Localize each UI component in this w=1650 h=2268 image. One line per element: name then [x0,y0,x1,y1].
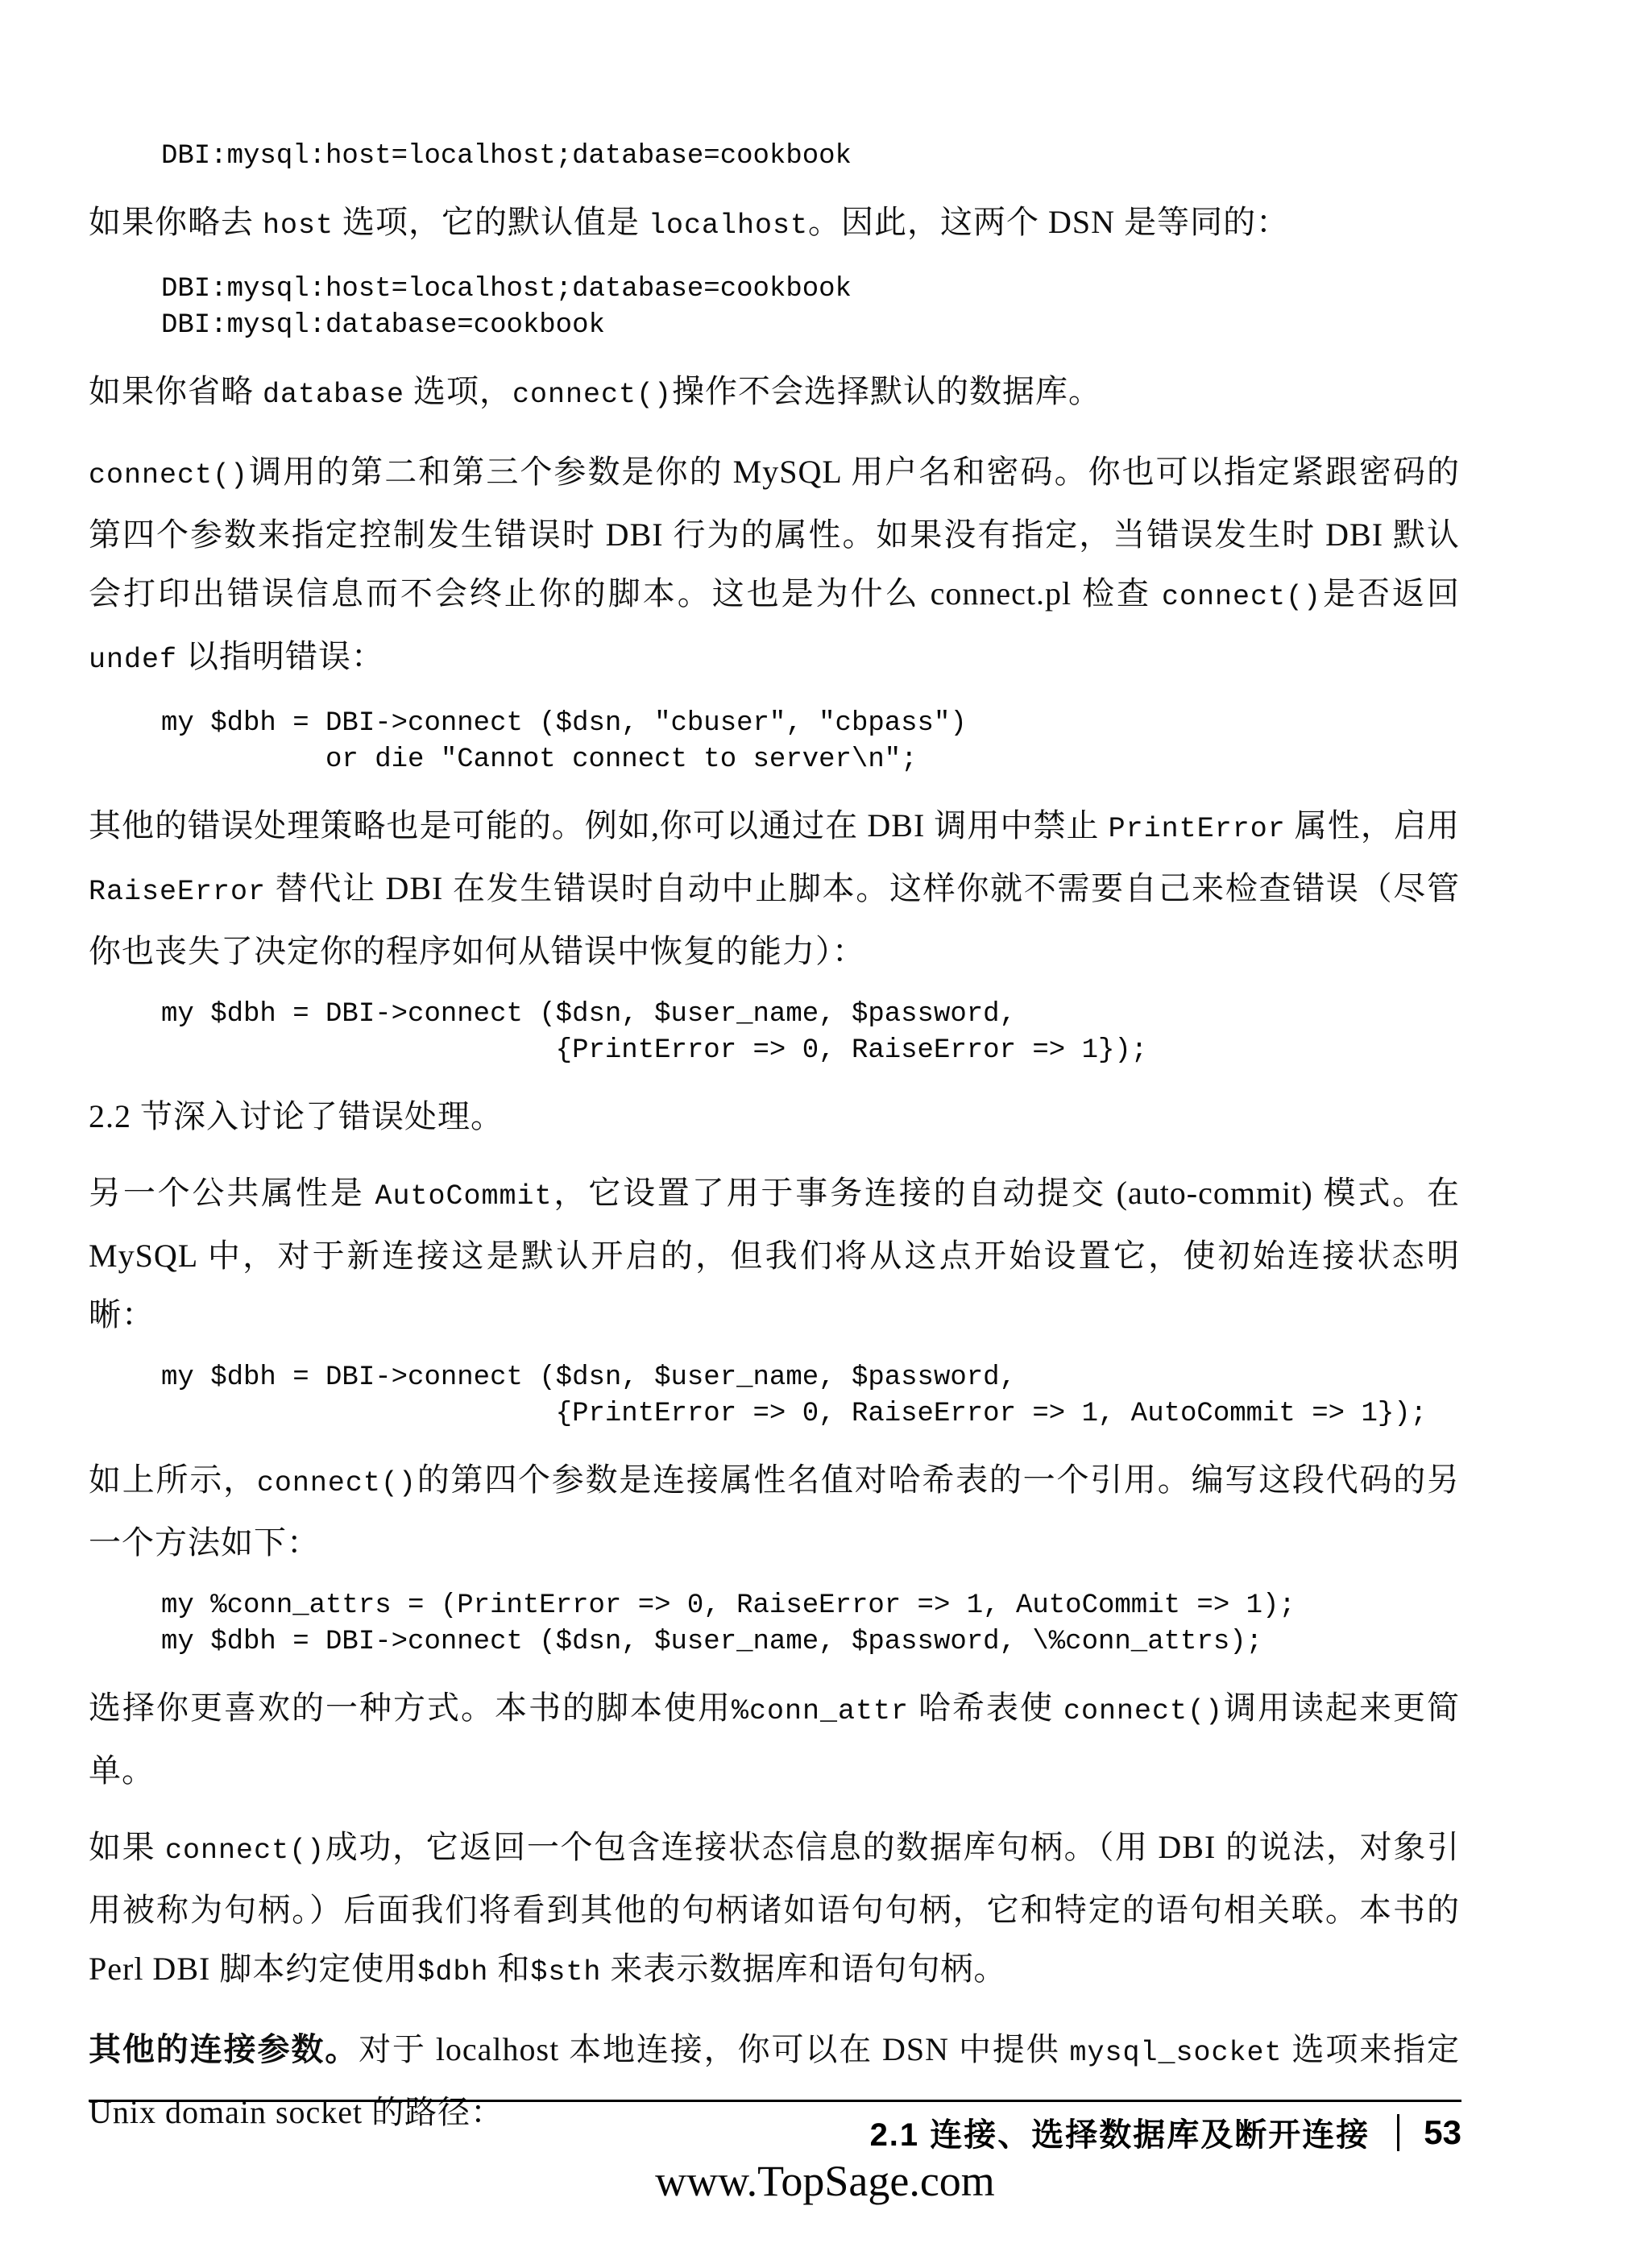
inline-code: database [263,379,404,411]
watermark-url: www.TopSage.com [0,2156,1650,2206]
text-segment: 哈希表使 [909,1690,1063,1726]
inline-code: connect() [257,1467,417,1499]
inline-code: $dbh [417,1956,488,1988]
code-block: DBI:mysql:host=localhost;database=cookbo… [161,139,1460,175]
page-number: 53 [1424,2113,1461,2152]
text-segment: 如果你省略 [89,373,263,409]
text-segment: 和 [488,1951,530,1987]
inline-code: connect() [89,459,248,491]
inline-code: %conn_attr [732,1695,909,1727]
text-segment: 另一个公共属性是 [89,1175,375,1211]
inline-code: connect() [1162,581,1321,613]
code-block: my $dbh = DBI->connect ($dsn, "cbuser", … [161,706,1460,778]
inline-code: localhost [649,209,808,242]
paragraph: 其他的错误处理策略也是可能的。例如,你可以通过在 DBI 调用中禁止 Print… [89,796,1460,981]
inline-code: host [263,209,334,242]
text-segment: 是否返回 [1321,575,1460,612]
paragraph: connect()调用的第二和第三个参数是你的 MySQL 用户名和密码。你也可… [89,442,1460,690]
code-block: my %conn_attrs = (PrintError => 0, Raise… [161,1588,1460,1661]
text-segment: 对于 localhost 本地连接，你可以在 DSN 中提供 [359,2031,1069,2067]
code-block: DBI:mysql:host=localhost;database=cookbo… [161,272,1460,344]
text-segment: 来表示数据库和语句句柄。 [601,1951,1006,1987]
footer-section-title: 2.1 连接、选择数据库及断开连接 [870,2109,1370,2155]
text-segment: 其他的连接参数。 [89,2031,359,2067]
paragraph: 选择你更喜欢的一种方式。本书的脚本使用%conn_attr 哈希表使 conne… [89,1678,1460,1800]
inline-code: mysql_socket [1070,2037,1283,2069]
text-segment: 如果 [89,1829,165,1865]
text-segment: 选择你更喜欢的一种方式。本书的脚本使用 [89,1690,732,1726]
paragraph: 如上所示，connect()的第四个参数是连接属性名值对哈希表的一个引用。编写这… [89,1450,1460,1572]
text-segment: 选项，它的默认值是 [334,204,649,240]
text-segment: 替代让 DBI 在发生错误时自动中止脚本。这样你就不需要自己来检查错误（尽管你也… [89,870,1460,969]
text-segment: 以指明错误： [177,638,384,674]
text-segment: 2.2 节深入讨论了错误处理。 [89,1098,504,1134]
inline-code: connect() [512,379,672,411]
paragraph: 2.2 节深入讨论了错误处理。 [89,1087,1460,1146]
text-segment: 如上所示， [89,1462,257,1498]
inline-code: PrintError [1109,813,1286,845]
text-segment: 操作不会选择默认的数据库。 [672,373,1101,409]
inline-code: undef [89,644,177,676]
text-segment: 。因此，这两个 DSN 是等同的： [808,204,1289,240]
paragraph: 如果 connect()成功，它返回一个包含连接状态信息的数据库句柄。（用 DB… [89,1818,1460,2002]
footer: 2.1 连接、选择数据库及断开连接 53 [89,2109,1461,2155]
paragraph: 如果你略去 host 选项，它的默认值是 localhost。因此，这两个 DS… [89,193,1460,255]
inline-code: RaiseError [89,876,266,908]
inline-code: $sth [530,1956,601,1988]
footer-divider [1397,2114,1399,2151]
inline-code: AutoCommit [375,1180,553,1213]
code-block: my $dbh = DBI->connect ($dsn, $user_name… [161,997,1460,1069]
code-block: my $dbh = DBI->connect ($dsn, $user_name… [161,1360,1460,1433]
book-page-scan: DBI:mysql:host=localhost;database=cookbo… [0,0,1650,2268]
text-segment: 选项， [404,373,512,409]
paragraph: 另一个公共属性是 AutoCommit，它设置了用于事务连接的自动提交 (aut… [89,1163,1460,1344]
text-segment: 属性，启用 [1286,807,1460,844]
text-segment: 如果你略去 [89,204,263,240]
inline-code: connect() [1063,1695,1223,1727]
footer-rule [89,2100,1461,2102]
paragraph: 如果你省略 database 选项，connect()操作不会选择默认的数据库。 [89,362,1460,425]
text-segment: 其他的错误处理策略也是可能的。例如,你可以通过在 DBI 调用中禁止 [89,807,1109,844]
inline-code: connect() [165,1835,325,1867]
document-body: DBI:mysql:host=localhost;database=cookbo… [89,0,1460,2142]
